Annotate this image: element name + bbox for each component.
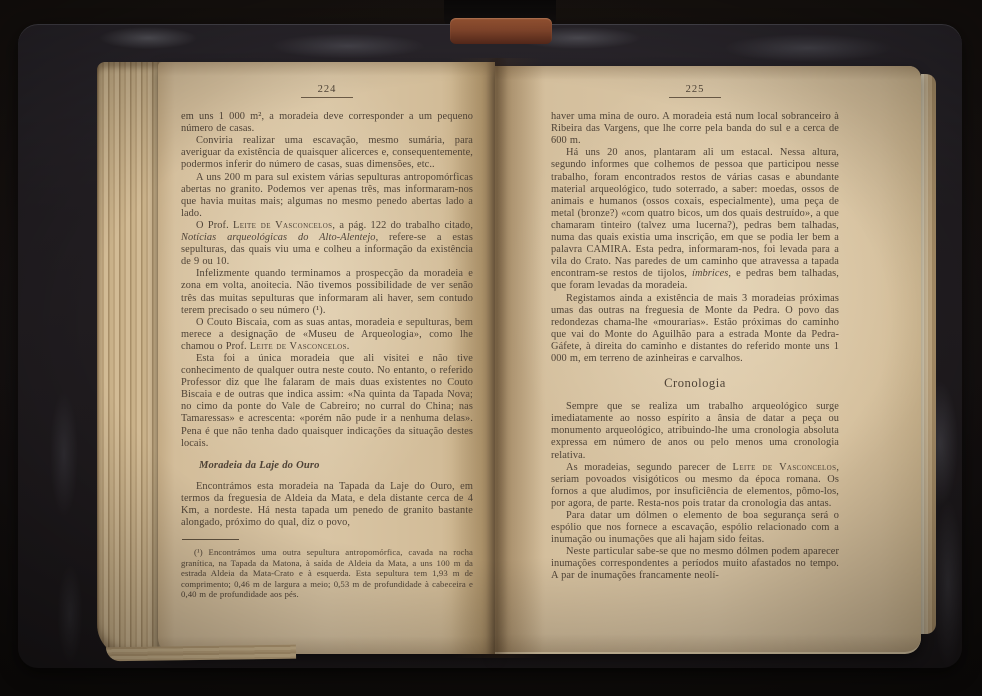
text-segment: Esta foi a única moradeia que ali visite… xyxy=(181,353,473,449)
paragraph: em uns 1 000 m², a moradeia deve corresp… xyxy=(181,111,473,135)
paragraph: O Prof. Leite de Vasconcelos, a pág. 122… xyxy=(181,220,473,268)
paragraph: Registamos ainda a existência de mais 3 … xyxy=(551,293,839,366)
text-segment: Leite de Vasconcelos xyxy=(250,341,347,352)
paragraph: O Couto Biscaia, com as suas antas, mora… xyxy=(181,317,473,353)
paragraph: Conviria realizar uma escavação, mesmo s… xyxy=(181,135,473,171)
text-segment: Conviria realizar uma escavação, mesmo s… xyxy=(181,135,473,170)
paragraph: As moradeias, segundo parecer de Leite d… xyxy=(551,462,839,510)
right-page-text: 225 haver uma mina de ouro. A moradeia e… xyxy=(551,84,839,583)
text-segment: Leite de Vasconcelos xyxy=(733,462,837,473)
paragraph: Encontrámos esta moradeia na Tapada da L… xyxy=(181,481,473,529)
text-segment: em uns 1 000 m², a moradeia deve corresp… xyxy=(181,111,473,134)
text-segment: ímbrices xyxy=(692,268,728,279)
page-edges-bottom xyxy=(106,645,296,662)
paragraph: Neste particular sabe-se que no mesmo dó… xyxy=(551,546,839,582)
text-segment: (¹) Encontrámos uma outra sepultura antr… xyxy=(181,547,473,599)
text-segment: Moradeia da Laje do Ouro xyxy=(199,460,320,471)
left-page-text: 224 em uns 1 000 m², a moradeia deve cor… xyxy=(181,84,473,599)
page-edges-right xyxy=(921,74,936,634)
subsection-heading: Moradeia da Laje do Ouro xyxy=(199,460,473,472)
paragraph: Infelizmente quando terminamos a prospec… xyxy=(181,268,473,316)
book-photo: 224 em uns 1 000 m², a moradeia deve cor… xyxy=(0,0,982,696)
paragraph: Sempre que se realiza um trabalho arqueo… xyxy=(551,401,839,461)
paragraph: Esta foi a única moradeia que ali visite… xyxy=(181,353,473,450)
right-page-body: haver uma mina de ouro. A moradeia está … xyxy=(551,111,839,582)
paragraph: Há uns 20 anos, plantaram ali um estacal… xyxy=(551,147,839,292)
left-page-header: 224 xyxy=(181,84,473,98)
text-segment: Notícias arqueológicas do Alto-Alentejo xyxy=(181,232,376,243)
left-page-body: em uns 1 000 m², a moradeia deve corresp… xyxy=(181,111,473,599)
text-segment: Leite de Vasconcelos xyxy=(233,220,332,231)
text-segment: Sempre que se realiza um trabalho arqueo… xyxy=(551,401,839,460)
text-segment: , a pág. 122 do trabalho citado, xyxy=(332,220,473,231)
text-segment: haver uma mina de ouro. A moradeia está … xyxy=(551,111,839,146)
page-number: 225 xyxy=(669,84,722,98)
section-heading: Cronologia xyxy=(551,377,839,389)
text-segment: Infelizmente quando terminamos a prospec… xyxy=(181,268,473,315)
footnote: (¹) Encontrámos uma outra sepultura antr… xyxy=(181,547,473,599)
text-segment: Neste particular sabe-se que no mesmo dó… xyxy=(551,546,839,581)
text-segment: Registamos ainda a existência de mais 3 … xyxy=(551,293,839,364)
text-segment: O Prof. xyxy=(196,220,233,231)
text-segment: . xyxy=(347,341,350,352)
spine-headband xyxy=(450,18,552,44)
paragraph: Para datar um dólmen o elemento de boa s… xyxy=(551,510,839,546)
text-segment: As moradeias, segundo parecer de xyxy=(566,462,733,473)
text-segment: Há uns 20 anos, plantaram ali um estacal… xyxy=(551,147,839,279)
paragraph: A uns 200 m para sul existem várias sepu… xyxy=(181,172,473,220)
footnote-rule xyxy=(182,539,239,540)
text-segment: A uns 200 m para sul existem várias sepu… xyxy=(181,172,473,219)
text-segment: Para datar um dólmen o elemento de boa s… xyxy=(551,510,839,545)
right-page-header: 225 xyxy=(551,84,839,98)
text-segment: Encontrámos esta moradeia na Tapada da L… xyxy=(181,481,473,528)
paragraph: haver uma mina de ouro. A moradeia está … xyxy=(551,111,839,147)
page-number: 224 xyxy=(301,84,354,98)
text-segment: Cronologia xyxy=(664,376,726,390)
